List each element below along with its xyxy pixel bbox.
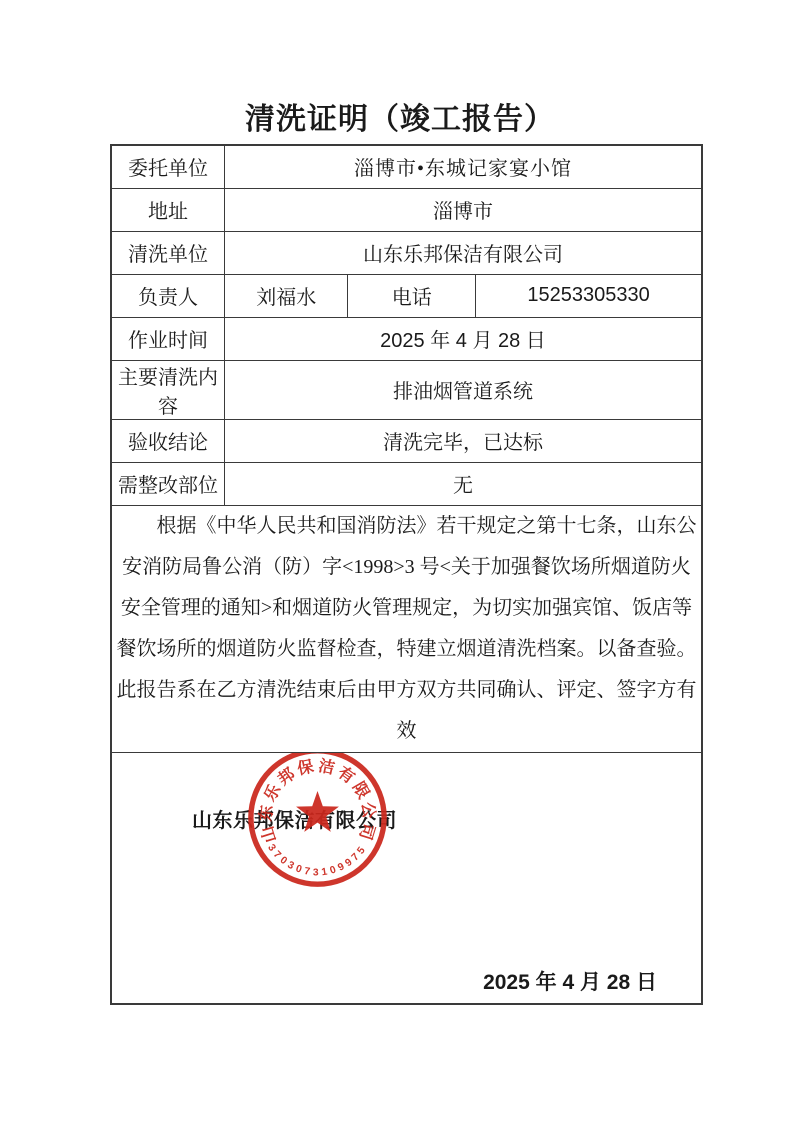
document-page: 清洗证明（竣工报告） 委托单位 淄博市•东城记家宴小馆 地址 淄博市 清洗单位 … [0,0,800,1131]
row-conclusion: 验收结论 清洗完毕，已达标 [111,419,702,462]
client-label: 委托单位 [111,145,224,188]
company-seal-stamp: 山东乐邦保洁有限公司 3703073109975 [244,752,391,891]
work-date-value: 2025 年 4 月 28 日 [224,317,702,360]
address-value: 淄博市 [224,188,702,231]
row-content: 主要清洗内容 排油烟管道系统 [111,360,702,419]
phone-number: 15253305330 [476,274,702,317]
client-value: 淄博市•东城记家宴小馆 [224,145,702,188]
rectify-value: 无 [224,462,702,505]
content-value: 排油烟管道系统 [224,360,702,419]
rectify-label: 需整改部位 [111,462,224,505]
cleaner-label: 清洗单位 [111,231,224,274]
row-stamp: 山东乐邦保洁有限公司 山东乐邦保洁有限公司 3703073109975 [111,752,702,1004]
certificate-table: 委托单位 淄博市•东城记家宴小馆 地址 淄博市 清洗单位 山东乐邦保洁有限公司 … [110,144,703,1005]
address-label: 地址 [111,188,224,231]
conclusion-value: 清洗完毕，已达标 [224,419,702,462]
row-client: 委托单位 淄博市•东城记家宴小馆 [111,145,702,188]
cleaner-value: 山东乐邦保洁有限公司 [224,231,702,274]
work-date-label: 作业时间 [111,317,224,360]
row-notes: 根据《中华人民共和国消防法》若干规定之第十七条，山东公安消防局鲁公消（防）字<1… [111,505,702,752]
notes-cell: 根据《中华人民共和国消防法》若干规定之第十七条，山东公安消防局鲁公消（防）字<1… [111,505,702,752]
page-title: 清洗证明（竣工报告） [0,0,800,144]
manager-label: 负责人 [111,274,224,317]
signature-date: 2025 年 4 月 28 日 [483,966,657,996]
conclusion-label: 验收结论 [111,419,224,462]
row-rectify: 需整改部位 无 [111,462,702,505]
row-work-date: 作业时间 2025 年 4 月 28 日 [111,317,702,360]
row-cleaner: 清洗单位 山东乐邦保洁有限公司 [111,231,702,274]
row-address: 地址 淄博市 [111,188,702,231]
notes-paragraph: 根据《中华人民共和国消防法》若干规定之第十七条，山东公安消防局鲁公消（防）字<1… [116,506,697,752]
manager-name: 刘福水 [224,274,348,317]
phone-label: 电话 [348,274,476,317]
row-manager: 负责人 刘福水 电话 15253305330 [111,274,702,317]
content-label: 主要清洗内容 [111,360,224,419]
stamp-star-icon [296,791,339,832]
stamp-cell: 山东乐邦保洁有限公司 山东乐邦保洁有限公司 3703073109975 [111,752,702,1004]
